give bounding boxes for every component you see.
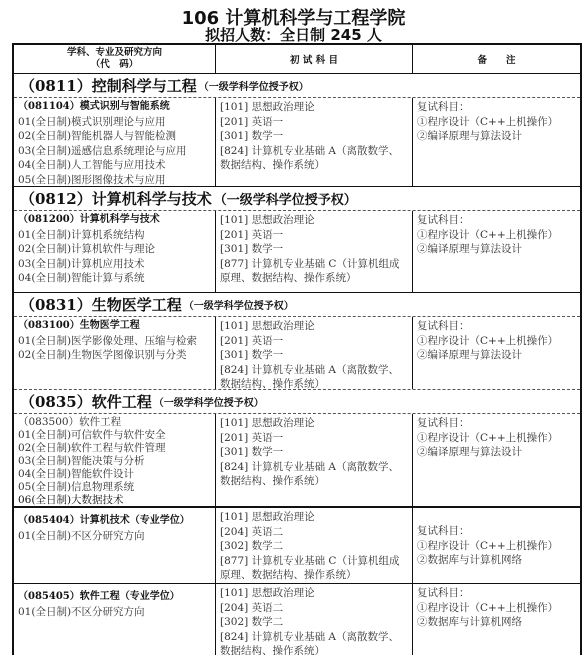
subject: [824] 计算机专业基础 A（离散数学、数据结构、操作系统） [220, 144, 408, 173]
direction: 05(全日制)图形图像技术与应用 [18, 173, 211, 188]
section-name: 计算机科学与技术 [92, 188, 212, 209]
subject: [204] 英语二 [220, 525, 408, 540]
major-title: （085404）计算机技术（专业学位） [18, 514, 211, 529]
direction: 04(全日制)智能计算与系统 [18, 271, 211, 286]
major-cell: （085404）计算机技术（专业学位） 01(全日制)不区分研究方向 [14, 508, 216, 583]
direction: 02(全日制)智能机器人与智能检测 [18, 129, 211, 144]
direction: 03(全日制)遥感信息系统理论与应用 [18, 144, 211, 159]
direction: 04(全日制)人工智能与应用技术 [18, 158, 211, 173]
major-cell: （081200）计算机科学与技术 01(全日制)计算机系统结构 02(全日制)计… [14, 211, 216, 292]
subject: [101] 思想政治理论 [220, 586, 408, 601]
table-row: （085404）计算机技术（专业学位） 01(全日制)不区分研究方向 [101]… [14, 508, 580, 584]
direction: 05(全日制)信息物理系统 [18, 481, 211, 494]
subject: [101] 思想政治理论 [220, 416, 408, 431]
major-title: （081200）计算机科学与技术 [18, 213, 211, 228]
major-title: （081104）模式识别与智能系统 [18, 100, 211, 115]
header-exam-subjects: 初 试 科 目 [216, 45, 413, 73]
table-row: （083500）软件工程 01(全日制)可信软件与软件安全 02(全日制)软件工… [14, 414, 580, 508]
subject: [301] 数学一 [220, 445, 408, 460]
section-header: （0831） 生物医学工程 （一级学科学位授予权） [14, 293, 580, 317]
subject: [201] 英语一 [220, 115, 408, 130]
major-name: 计算机技术（专业学位） [80, 515, 190, 526]
note: 复试科目： [417, 524, 576, 539]
direction: 01(全日制)模式识别理论与应用 [18, 115, 211, 130]
direction: 03(全日制)计算机应用技术 [18, 257, 211, 272]
notes-cell: 复试科目： ①程序设计（C++上机操作） ②编译原理与算法设计 [413, 211, 580, 292]
subject: [201] 英语一 [220, 431, 408, 446]
header-discipline: 学科、专业及研究方向 （代 码） [14, 45, 216, 73]
note: 复试科目： [417, 213, 576, 228]
note: ①程序设计（C++上机操作） [417, 334, 576, 349]
table-row: （081200）计算机科学与技术 01(全日制)计算机系统结构 02(全日制)计… [14, 211, 580, 293]
major-title: （083100）生物医学工程 [18, 319, 211, 334]
header-discipline-label: 学科、专业及研究方向 [67, 47, 162, 59]
major-code: （081200） [18, 214, 80, 225]
subject: [101] 思想政治理论 [220, 510, 408, 525]
notes-cell: 复试科目： ①程序设计（C++上机操作） ②编译原理与算法设计 [413, 414, 580, 506]
note: ②编译原理与算法设计 [417, 445, 576, 460]
direction: 01(全日制)计算机系统结构 [18, 228, 211, 243]
section-header: （0835） 软件工程 （一级学科学位授予权） [14, 390, 580, 414]
subjects-cell: [101] 思想政治理论 [204] 英语二 [302] 数学二 [824] 计… [216, 584, 413, 655]
major-name: 软件工程 [79, 416, 121, 428]
major-cell: （085405）软件工程（专业学位） 01(全日制)不区分研究方向 [14, 584, 216, 655]
header-notes: 备 注 [413, 45, 580, 73]
note: ②编译原理与算法设计 [417, 348, 576, 363]
notes-cell: 复试科目： ①程序设计（C++上机操作） ②数据库与计算机网络 [413, 584, 580, 655]
note: 复试科目： [417, 319, 576, 334]
subject: [824] 计算机专业基础 A（离散数学、数据结构、操作系统） [220, 460, 408, 489]
major-title: （083500）软件工程 [18, 416, 211, 429]
direction: 01(全日制)可信软件与软件安全 [18, 429, 211, 442]
major-code: （085404） [18, 515, 80, 526]
major-name: 软件工程（专业学位） [80, 591, 180, 602]
section-code: （0831） [20, 294, 92, 315]
direction: 06(全日制)大数据技术 [18, 494, 211, 507]
direction: 01(全日制)医学影像处理、压缩与检索 [18, 334, 211, 349]
direction: 02(全日制)计算机软件与理论 [18, 242, 211, 257]
major-cell: （081104）模式识别与智能系统 01(全日制)模式识别理论与应用 02(全日… [14, 98, 216, 186]
major-code: （083500） [18, 416, 79, 428]
subjects-cell: [101] 思想政治理论 [201] 英语一 [301] 数学一 [824] 计… [216, 317, 413, 389]
note: ②编译原理与算法设计 [417, 242, 576, 257]
section-qualifier: （一级学科学位授予权） [214, 189, 357, 208]
notes-cell: 复试科目： ①程序设计（C++上机操作） ②编译原理与算法设计 [413, 98, 580, 186]
subject: [824] 计算机专业基础 A（离散数学、数据结构、操作系统） [220, 363, 408, 392]
section-name: 软件工程 [92, 391, 152, 412]
direction: 04(全日制)智能软件设计 [18, 468, 211, 481]
notes-cell: 复试科目： ①程序设计（C++上机操作） ②数据库与计算机网络 [413, 508, 580, 583]
direction: 01(全日制)不区分研究方向 [18, 605, 211, 620]
section-name: 生物医学工程 [92, 294, 182, 315]
note: ②数据库与计算机网络 [417, 615, 576, 630]
subject: [101] 思想政治理论 [220, 100, 408, 115]
section-qualifier: （一级学科学位授予权） [199, 78, 309, 93]
table-row: （081104）模式识别与智能系统 01(全日制)模式识别理论与应用 02(全日… [14, 98, 580, 187]
note: 复试科目： [417, 416, 576, 431]
note: ①程序设计（C++上机操作） [417, 228, 576, 243]
subject: [101] 思想政治理论 [220, 319, 408, 334]
section-qualifier: （一级学科学位授予权） [184, 297, 294, 312]
major-name: 模式识别与智能系统 [80, 101, 170, 112]
section-code: （0811） [20, 75, 92, 96]
note: 复试科目： [417, 100, 576, 115]
page-subtitle: 拟招人数：全日制 245 人 [0, 24, 587, 45]
table-header: 学科、专业及研究方向 （代 码） 初 试 科 目 备 注 [14, 45, 580, 74]
notes-cell: 复试科目： ①程序设计（C++上机操作） ②编译原理与算法设计 [413, 317, 580, 389]
table-row: （083100）生物医学工程 01(全日制)医学影像处理、压缩与检索 02(全日… [14, 317, 580, 390]
note: ①程序设计（C++上机操作） [417, 601, 576, 616]
section-code: （0835） [20, 391, 92, 412]
section-header: （0812） 计算机科学与技术 （一级学科学位授予权） [14, 187, 580, 211]
major-title: （085405）软件工程（专业学位） [18, 590, 211, 605]
note: ②数据库与计算机网络 [417, 553, 576, 568]
subject: [302] 数学二 [220, 615, 408, 630]
subject: [301] 数学一 [220, 242, 408, 257]
major-cell: （083500）软件工程 01(全日制)可信软件与软件安全 02(全日制)软件工… [14, 414, 216, 506]
major-code: （085405） [18, 591, 80, 602]
major-name: 生物医学工程 [80, 320, 140, 331]
subject: [201] 英语一 [220, 228, 408, 243]
subject: [201] 英语一 [220, 334, 408, 349]
subject: [301] 数学一 [220, 129, 408, 144]
table-row: （085405）软件工程（专业学位） 01(全日制)不区分研究方向 [101] … [14, 584, 580, 655]
major-code: （083100） [18, 320, 80, 331]
section-name: 控制科学与工程 [92, 75, 197, 96]
note: ①程序设计（C++上机操作） [417, 539, 576, 554]
section-code: （0812） [20, 188, 92, 209]
section-header: （0811） 控制科学与工程 （一级学科学位授予权） [14, 74, 580, 98]
major-cell: （083100）生物医学工程 01(全日制)医学影像处理、压缩与检索 02(全日… [14, 317, 216, 389]
header-code-label: （代 码） [91, 59, 139, 71]
major-code: （081104） [18, 101, 80, 112]
subject: [301] 数学一 [220, 348, 408, 363]
note: 复试科目： [417, 586, 576, 601]
note: ①程序设计（C++上机操作） [417, 431, 576, 446]
note: ①程序设计（C++上机操作） [417, 115, 576, 130]
subjects-cell: [101] 思想政治理论 [204] 英语二 [302] 数学二 [877] 计… [216, 508, 413, 583]
subjects-cell: [101] 思想政治理论 [201] 英语一 [301] 数学一 [824] 计… [216, 414, 413, 506]
admissions-table: 学科、专业及研究方向 （代 码） 初 试 科 目 备 注 （0811） 控制科学… [12, 43, 582, 655]
direction: 03(全日制)智能决策与分析 [18, 455, 211, 468]
subject: [877] 计算机专业基础 C（计算机组成原理、数据结构、操作系统） [220, 257, 408, 286]
note: ②编译原理与算法设计 [417, 129, 576, 144]
subject: [824] 计算机专业基础 A（离散数学、数据结构、操作系统） [220, 630, 408, 655]
major-name: 计算机科学与技术 [80, 214, 160, 225]
subject: [204] 英语二 [220, 601, 408, 616]
subjects-cell: [101] 思想政治理论 [201] 英语一 [301] 数学一 [877] 计… [216, 211, 413, 292]
subjects-cell: [101] 思想政治理论 [201] 英语一 [301] 数学一 [824] 计… [216, 98, 413, 186]
direction: 02(全日制)生物医学图像识别与分类 [18, 348, 211, 363]
direction: 02(全日制)软件工程与软件管理 [18, 442, 211, 455]
section-qualifier: （一级学科学位授予权） [154, 394, 264, 409]
subject: [877] 计算机专业基础 C（计算机组成原理、数据结构、操作系统） [220, 554, 408, 583]
direction: 01(全日制)不区分研究方向 [18, 529, 211, 544]
subject: [302] 数学二 [220, 539, 408, 554]
subject: [101] 思想政治理论 [220, 213, 408, 228]
